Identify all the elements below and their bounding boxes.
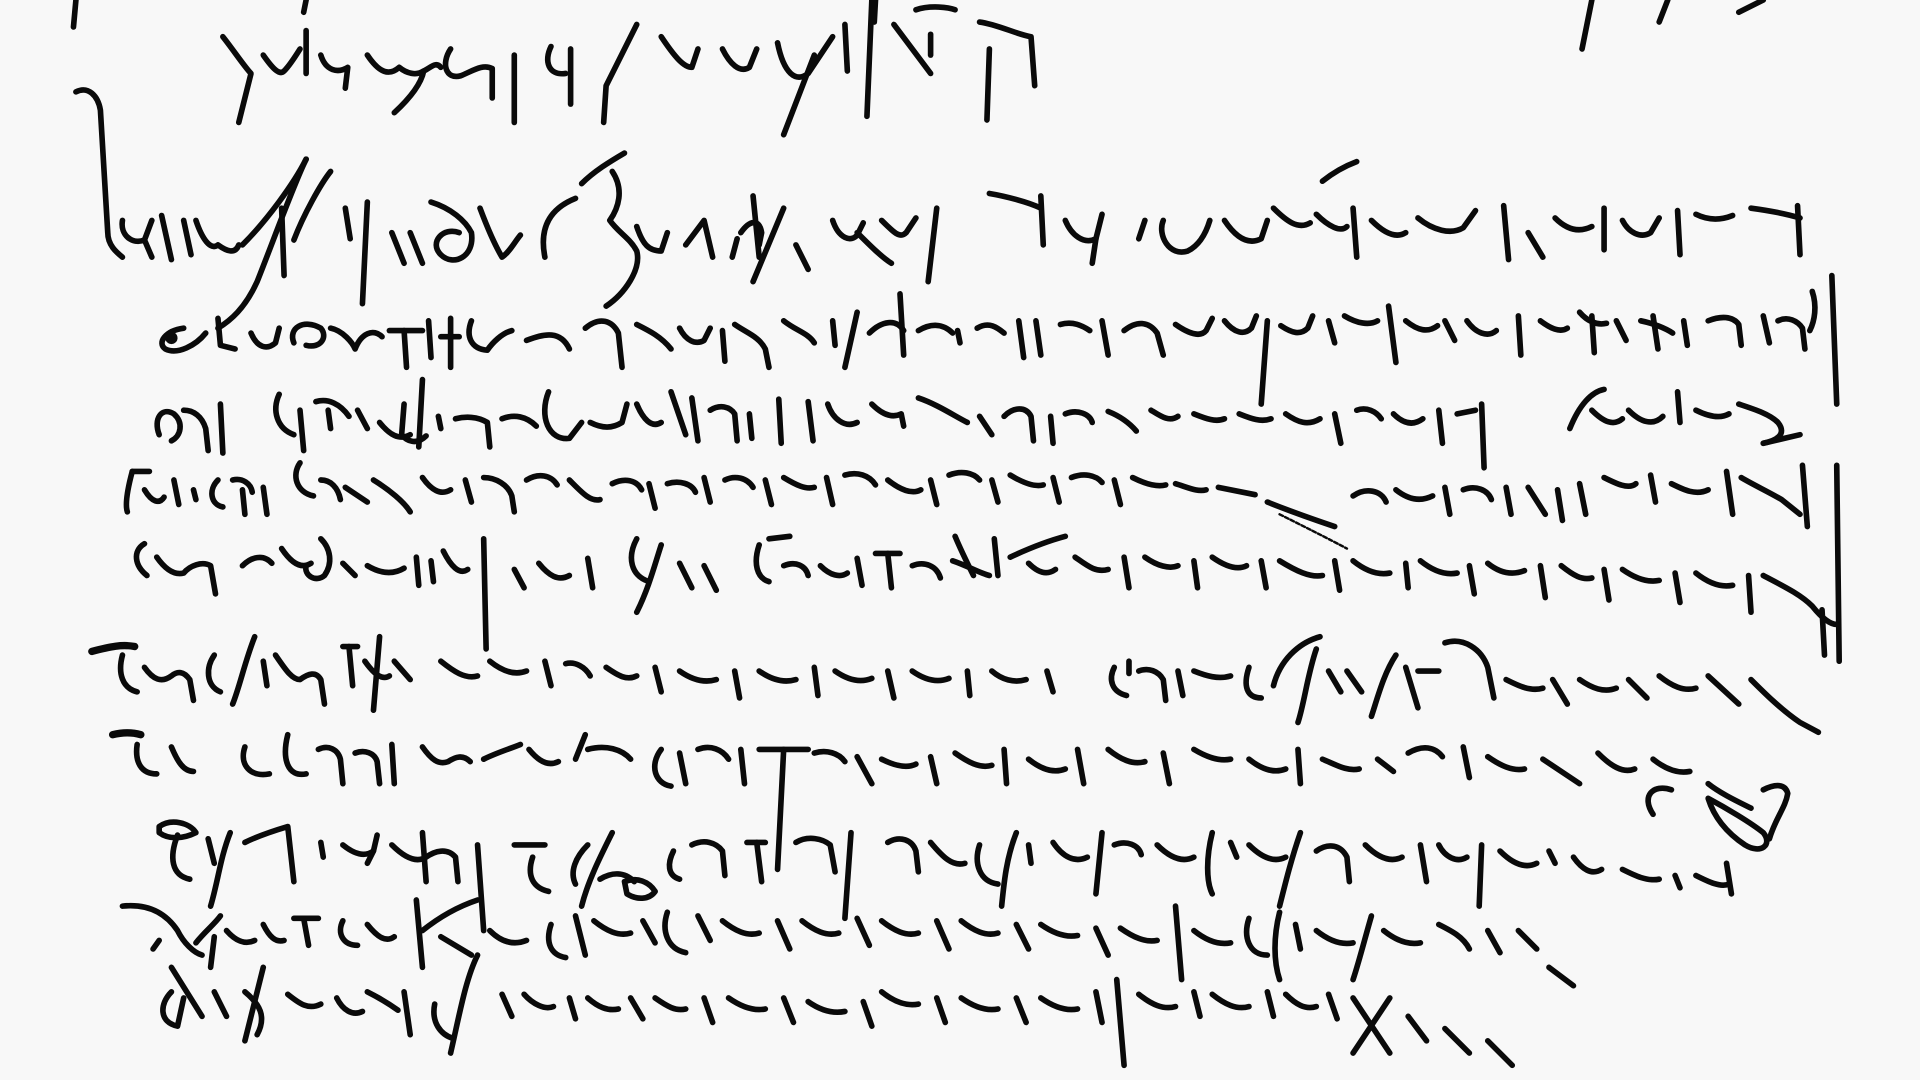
- line-7: [92, 637, 1819, 733]
- line-3: [162, 276, 1837, 405]
- line-5: [126, 463, 1839, 661]
- line-11: [163, 955, 1512, 1065]
- manuscript-sheet: Old Roman Cursive handwriting facsimile …: [0, 0, 1920, 1080]
- line-8: [113, 733, 1788, 870]
- line-1: [223, 0, 1035, 135]
- line-2: [122, 153, 1800, 328]
- line-4: [157, 380, 1800, 468]
- margin-bracket: [76, 90, 123, 257]
- handwriting-strokes: [0, 0, 1920, 1080]
- line-9: [159, 822, 1731, 931]
- line-6: [136, 536, 1836, 655]
